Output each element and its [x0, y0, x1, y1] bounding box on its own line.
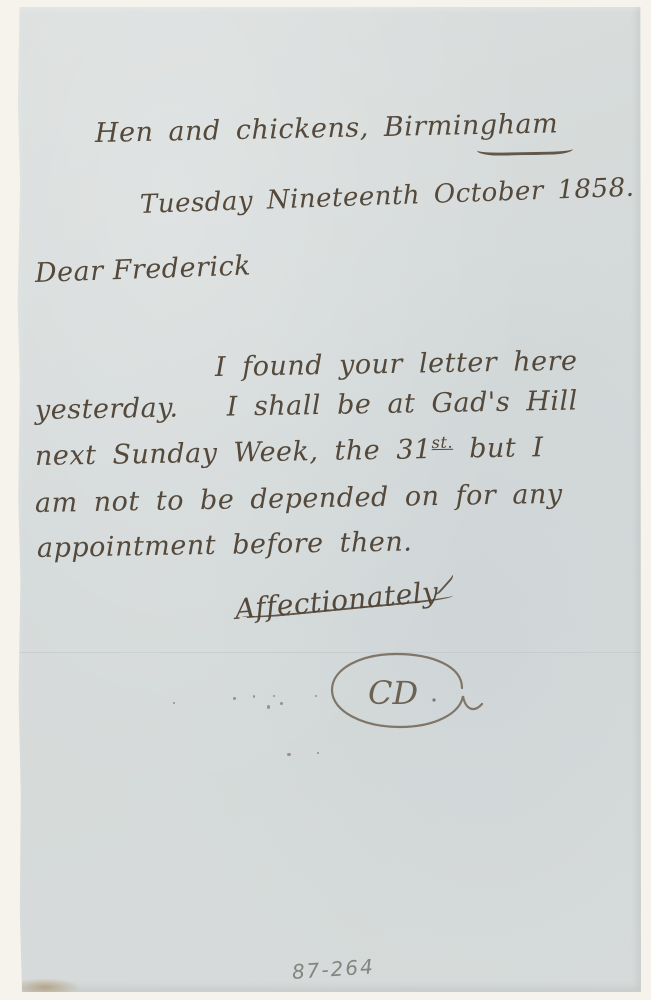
catalog-number: 87-264 [291, 954, 375, 984]
salutation: Dear Frederick [34, 250, 251, 289]
letter-scan: Hen and chickens, Birmingham Tuesday Nin… [0, 0, 651, 1000]
signature-monogram: CD [322, 648, 490, 740]
ink-speck [287, 753, 291, 756]
ink-speck [233, 697, 236, 700]
body-line: am not to be depended on for any [35, 479, 563, 519]
ink-speck [273, 695, 275, 697]
pen-flourish [477, 143, 573, 156]
body-line: appointment before then. [37, 526, 413, 564]
body-line: next Sunday Week, the 31st. but I [35, 431, 544, 472]
ink-speck [280, 702, 283, 705]
date-line: Tuesday Nineteenth October 1858. [139, 173, 634, 220]
body-line-text: but I [453, 432, 544, 465]
ink-speck [317, 752, 319, 754]
paper-stain [22, 978, 80, 993]
ink-speck [253, 695, 255, 698]
address-line: Hen and chickens, Birmingham [95, 108, 559, 149]
paper-crease [17, 652, 641, 653]
letter-page: Hen and chickens, Birmingham Tuesday Nin… [17, 7, 641, 992]
ink-speck [173, 702, 175, 704]
body-line: yesterday. I shall be at Gad's Hill [35, 386, 578, 426]
ordinal-superscript: st. [431, 433, 453, 452]
body-line: I found your letter here [215, 346, 578, 383]
ink-speck [267, 705, 270, 709]
signature-initials: CD [368, 674, 418, 712]
ink-speck [315, 695, 317, 697]
body-line-text: next Sunday Week, the 31 [35, 434, 432, 472]
